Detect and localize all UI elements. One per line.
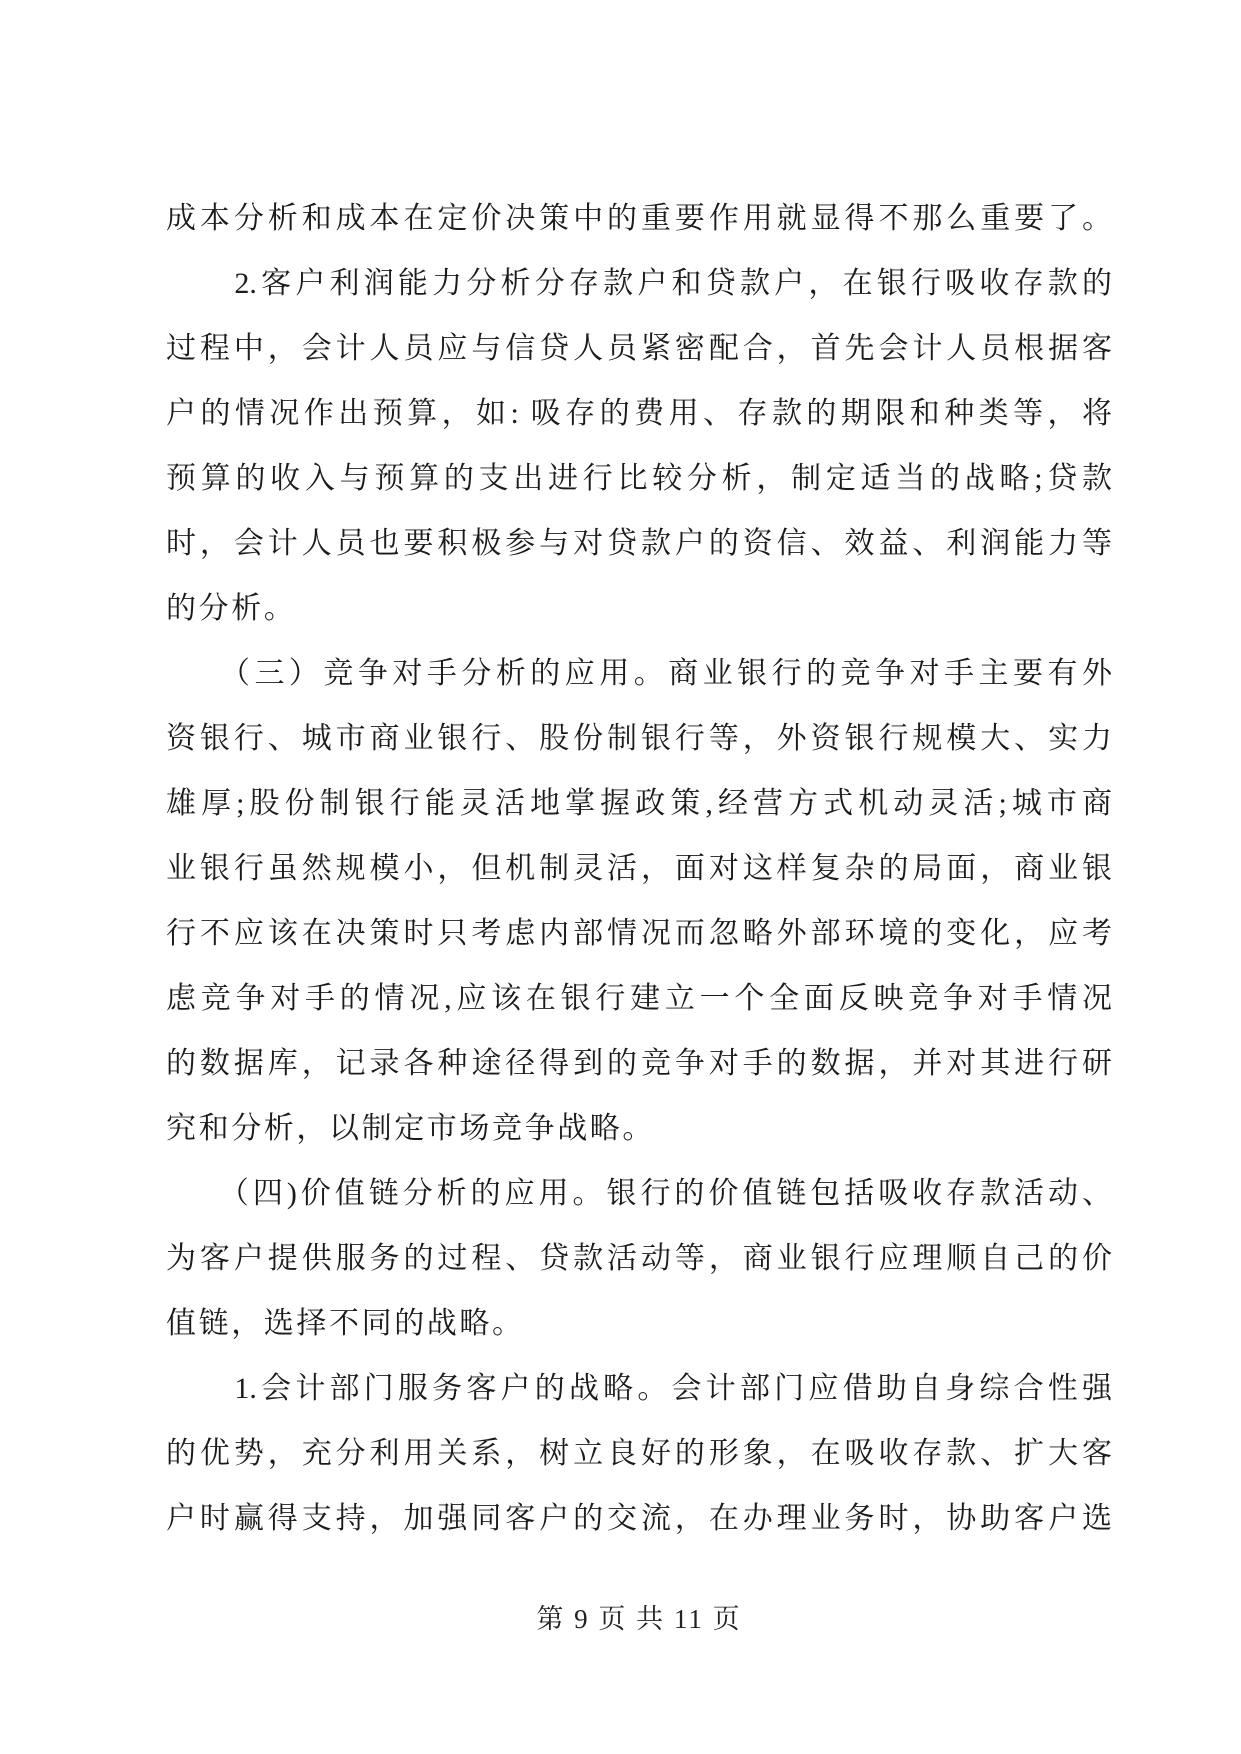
text-line: 行不应该在决策时只考虑内部情况而忽略外部环境的变化，应考 [166, 901, 1112, 966]
text-line: 成本分析和成本在定价决策中的重要作用就显得不那么重要了。 [166, 186, 1112, 251]
text-line: 的优势，充分利用关系，树立良好的形象，在吸收存款、扩大客 [166, 1421, 1112, 1486]
text-line: 虑竞争对手的情况,应该在银行建立一个全面反映竞争对手情况 [166, 966, 1112, 1031]
text-line: 业银行虽然规模小，但机制灵活，面对这样复杂的局面，商业银 [166, 836, 1112, 901]
text-line: （四)价值链分析的应用。银行的价值链包括吸收存款活动、 [166, 1161, 1112, 1226]
text-line: 1.会计部门服务客户的战略。会计部门应借助自身综合性强 [166, 1356, 1112, 1421]
text-line: 为客户提供服务的过程、贷款活动等，商业银行应理顺自己的价 [166, 1226, 1112, 1291]
text-line: 雄厚;股份制银行能灵活地掌握政策,经营方式机动灵活;城市商 [166, 771, 1112, 836]
text-line: 的分析。 [166, 576, 1112, 641]
text-line: 时，会计人员也要积极参与对贷款户的资信、效益、利润能力等 [166, 511, 1112, 576]
document-page: 成本分析和成本在定价决策中的重要作用就显得不那么重要了。 2.客户利润能力分析分… [0, 0, 1241, 1754]
document-body: 成本分析和成本在定价决策中的重要作用就显得不那么重要了。 2.客户利润能力分析分… [166, 186, 1112, 1551]
page-number-footer: 第 9 页 共 11 页 [166, 1602, 1112, 1636]
text-line: （三）竞争对手分析的应用。商业银行的竞争对手主要有外 [166, 641, 1112, 706]
text-line: 的数据库，记录各种途径得到的竞争对手的数据，并对其进行研 [166, 1031, 1112, 1096]
text-line: 户的情况作出预算，如: 吸存的费用、存款的期限和种类等，将 [166, 381, 1112, 446]
text-line: 预算的收入与预算的支出进行比较分析，制定适当的战略;贷款 [166, 446, 1112, 511]
text-line: 2.客户利润能力分析分存款户和贷款户，在银行吸收存款的 [166, 251, 1112, 316]
text-line: 过程中，会计人员应与信贷人员紧密配合，首先会计人员根据客 [166, 316, 1112, 381]
text-line: 值链，选择不同的战略。 [166, 1291, 1112, 1356]
text-line: 户时赢得支持，加强同客户的交流，在办理业务时，协助客户选 [166, 1486, 1112, 1551]
text-line: 究和分析，以制定市场竞争战略。 [166, 1096, 1112, 1161]
text-line: 资银行、城市商业银行、股份制银行等，外资银行规模大、实力 [166, 706, 1112, 771]
